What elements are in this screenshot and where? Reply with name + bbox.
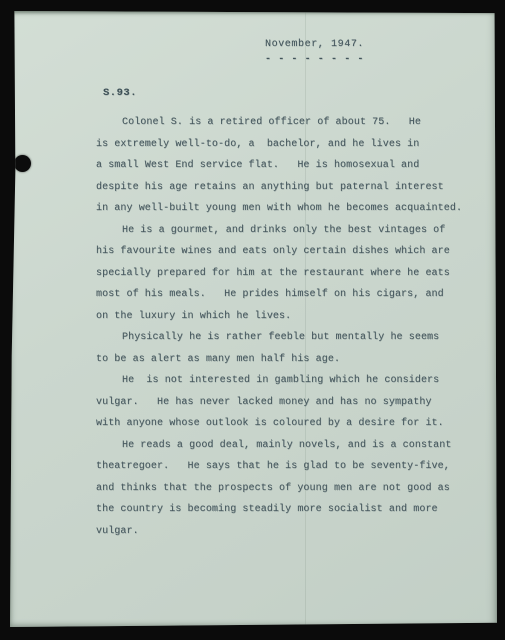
punch-hole xyxy=(14,155,31,172)
document-page: November, 1947. - - - - - - - - S.93. Co… xyxy=(10,11,497,627)
date-underline: - - - - - - - - xyxy=(265,54,364,66)
paragraph: He is a gourmet, and drinks only the bes… xyxy=(96,220,468,328)
date-heading: November, 1947. xyxy=(265,38,364,52)
paragraph: He reads a good deal, mainly novels, and… xyxy=(96,435,468,543)
paragraph: Physically he is rather feeble but menta… xyxy=(96,327,468,370)
paragraph: He is not interested in gambling which h… xyxy=(96,370,468,435)
scanned-document-view: November, 1947. - - - - - - - - S.93. Co… xyxy=(0,0,505,640)
document-body: Colonel S. is a retired officer of about… xyxy=(96,112,468,542)
reference-number: S.93. xyxy=(103,86,137,100)
paragraph: Colonel S. is a retired officer of about… xyxy=(96,112,468,220)
